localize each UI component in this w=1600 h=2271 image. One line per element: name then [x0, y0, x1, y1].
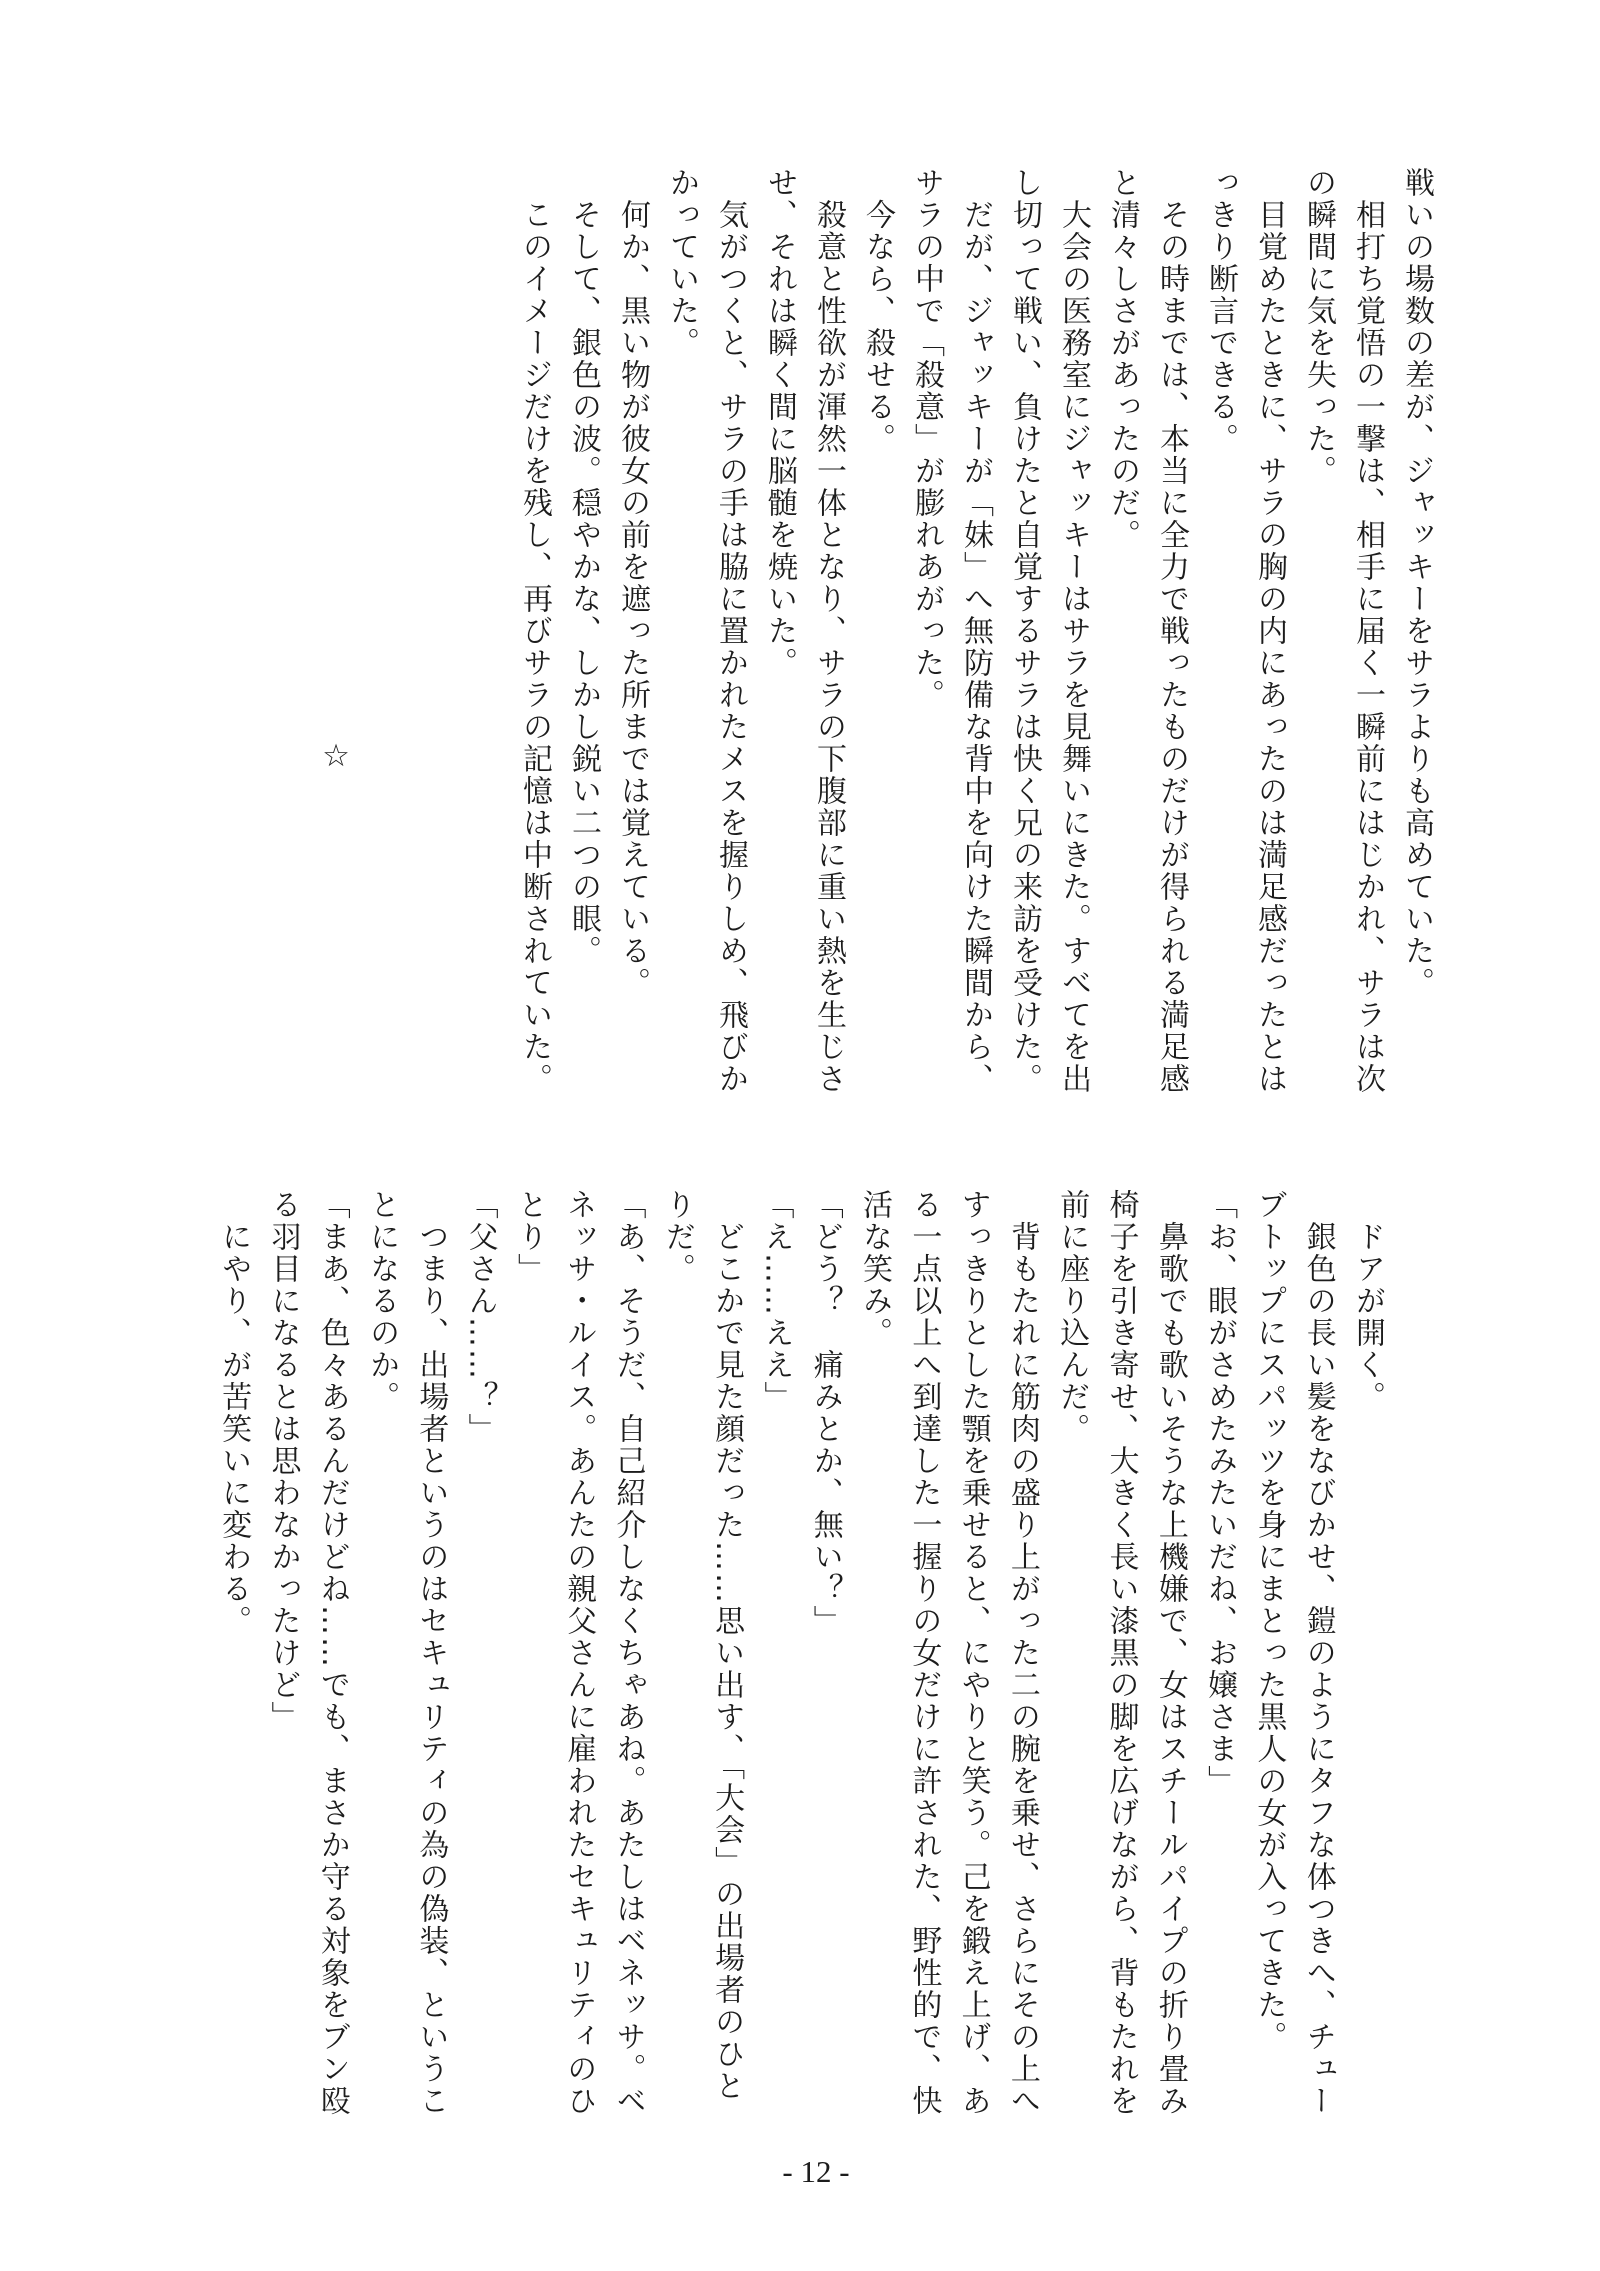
text-column: ブトップにスパッツを身にまとった黒人の女が入ってきた。	[1244, 1189, 1293, 2119]
text-column: 何か、黒い物が彼女の前を遮った所までは覚えている。	[608, 167, 657, 1097]
book-page: 戦いの場数の差が、ジャッキーをサラよりも高めていた。 相打ち覚悟の一撃は、相手に…	[0, 0, 1600, 2271]
text-column: 戦いの場数の差が、ジャッキーをサラよりも高めていた。	[1392, 167, 1441, 1097]
text-column: の瞬間に気を失った。	[1294, 167, 1343, 1097]
text-column: 椅子を引き寄せ、大きく長い漆黒の脚を広げながら、背もたれを	[1096, 1189, 1145, 2119]
text-column: る羽目になるとは思わなかったけど」	[258, 1189, 307, 2119]
text-column: とり」	[505, 1189, 554, 2119]
text-column: そして、銀色の波。穏やかな、しかし鋭い二つの眼。	[559, 167, 608, 1097]
text-column: 銀色の長い髪をなびかせ、鎧のようにタフな体つきへ、チュー	[1293, 1189, 1342, 2119]
text-column: 「父さん……？」	[455, 1189, 504, 2119]
text-column: だが、ジャッキーが「妹」へ無防備な背中を向けた瞬間から、	[951, 167, 1000, 1097]
text-column: せ、それは瞬く間に脳髄を焼いた。	[755, 167, 804, 1097]
text-column: 殺意と性欲が渾然一体となり、サラの下腹部に重い熱を生じさ	[804, 167, 853, 1097]
text-column: 活な笑み。	[850, 1189, 899, 2119]
text-column: る一点以上へ到達した一握りの女だけに許された、野性的で、快	[899, 1189, 948, 2119]
page-number: - 12 -	[716, 2156, 916, 2187]
text-column: 鼻歌でも歌いそうな上機嫌で、女はスチールパイプの折り畳み	[1146, 1189, 1195, 2119]
text-column: 「え……ええ」	[751, 1189, 800, 2119]
text-column: 気がつくと、サラの手は脇に置かれたメスを握りしめ、飛びか	[706, 167, 755, 1097]
text-column: 「あ、そうだ、自己紹介しなくちゃあね。あたしはベネッサ。ベ	[603, 1189, 652, 2119]
text-column: 大会の医務室にジャッキーはサラを見舞いにきた。すべてを出	[1049, 167, 1098, 1097]
text-column: 目覚めたときに、サラの胸の内にあったのは満足感だったとは	[1245, 167, 1294, 1097]
text-column: 今なら、殺せる。	[853, 167, 902, 1097]
text-column: 前に座り込んだ。	[1047, 1189, 1096, 2119]
text-column: りだ。	[653, 1189, 702, 2119]
text-column: にやり、が苦笑いに変わる。	[209, 1189, 258, 2119]
text-column: 相打ち覚悟の一撃は、相手に届く一瞬前にはじかれ、サラは次	[1343, 167, 1392, 1097]
text-column: すっきりとした顎を乗せると、にやりと笑う。己を鍛え上げ、あ	[948, 1189, 997, 2119]
top-text-block: 戦いの場数の差が、ジャッキーをサラよりも高めていた。 相打ち覚悟の一撃は、相手に…	[510, 167, 1441, 1097]
bottom-text-block: ドアが開く。 銀色の長い髪をなびかせ、鎧のようにタフな体つきへ、チュー ブトップ…	[208, 1189, 1392, 2119]
star-outline-icon: ☆	[318, 738, 354, 774]
text-column: 背もたれに筋肉の盛り上がった二の腕を乗せ、さらにその上へ	[998, 1189, 1047, 2119]
text-column: ネッサ・ルイス。あんたの親父さんに雇われたセキュリティのひ	[554, 1189, 603, 2119]
text-column: サラの中で「殺意」が膨れあがった。	[902, 167, 951, 1097]
text-column: このイメージだけを残し、再びサラの記憶は中断されていた。	[510, 167, 559, 1097]
text-column: と清々しさがあったのだ。	[1098, 167, 1147, 1097]
text-column: し切って戦い、負けたと自覚するサラは快く兄の来訪を受けた。	[1000, 167, 1049, 1097]
text-column: どこかで見た顔だった……思い出す、「大会」の出場者のひと	[702, 1189, 751, 2119]
text-column: 「まあ、色々あるんだけどね……でも、まさか守る対象をブン殴	[307, 1189, 356, 2119]
text-column: その時までは、本当に全力で戦ったものだけが得られる満足感	[1147, 167, 1196, 1097]
text-column: 「どう？ 痛みとか、無い？」	[800, 1189, 849, 2119]
text-column: ドアが開く。	[1343, 1189, 1392, 2119]
text-column: 「お、眼がさめたみたいだね、お嬢さま」	[1195, 1189, 1244, 2119]
text-column: つまり、出場者というのはセキュリティの為の偽装、というこ	[406, 1189, 455, 2119]
text-column: とになるのか。	[357, 1189, 406, 2119]
text-column: かっていた。	[657, 167, 706, 1097]
text-column: っきり断言できる。	[1196, 167, 1245, 1097]
